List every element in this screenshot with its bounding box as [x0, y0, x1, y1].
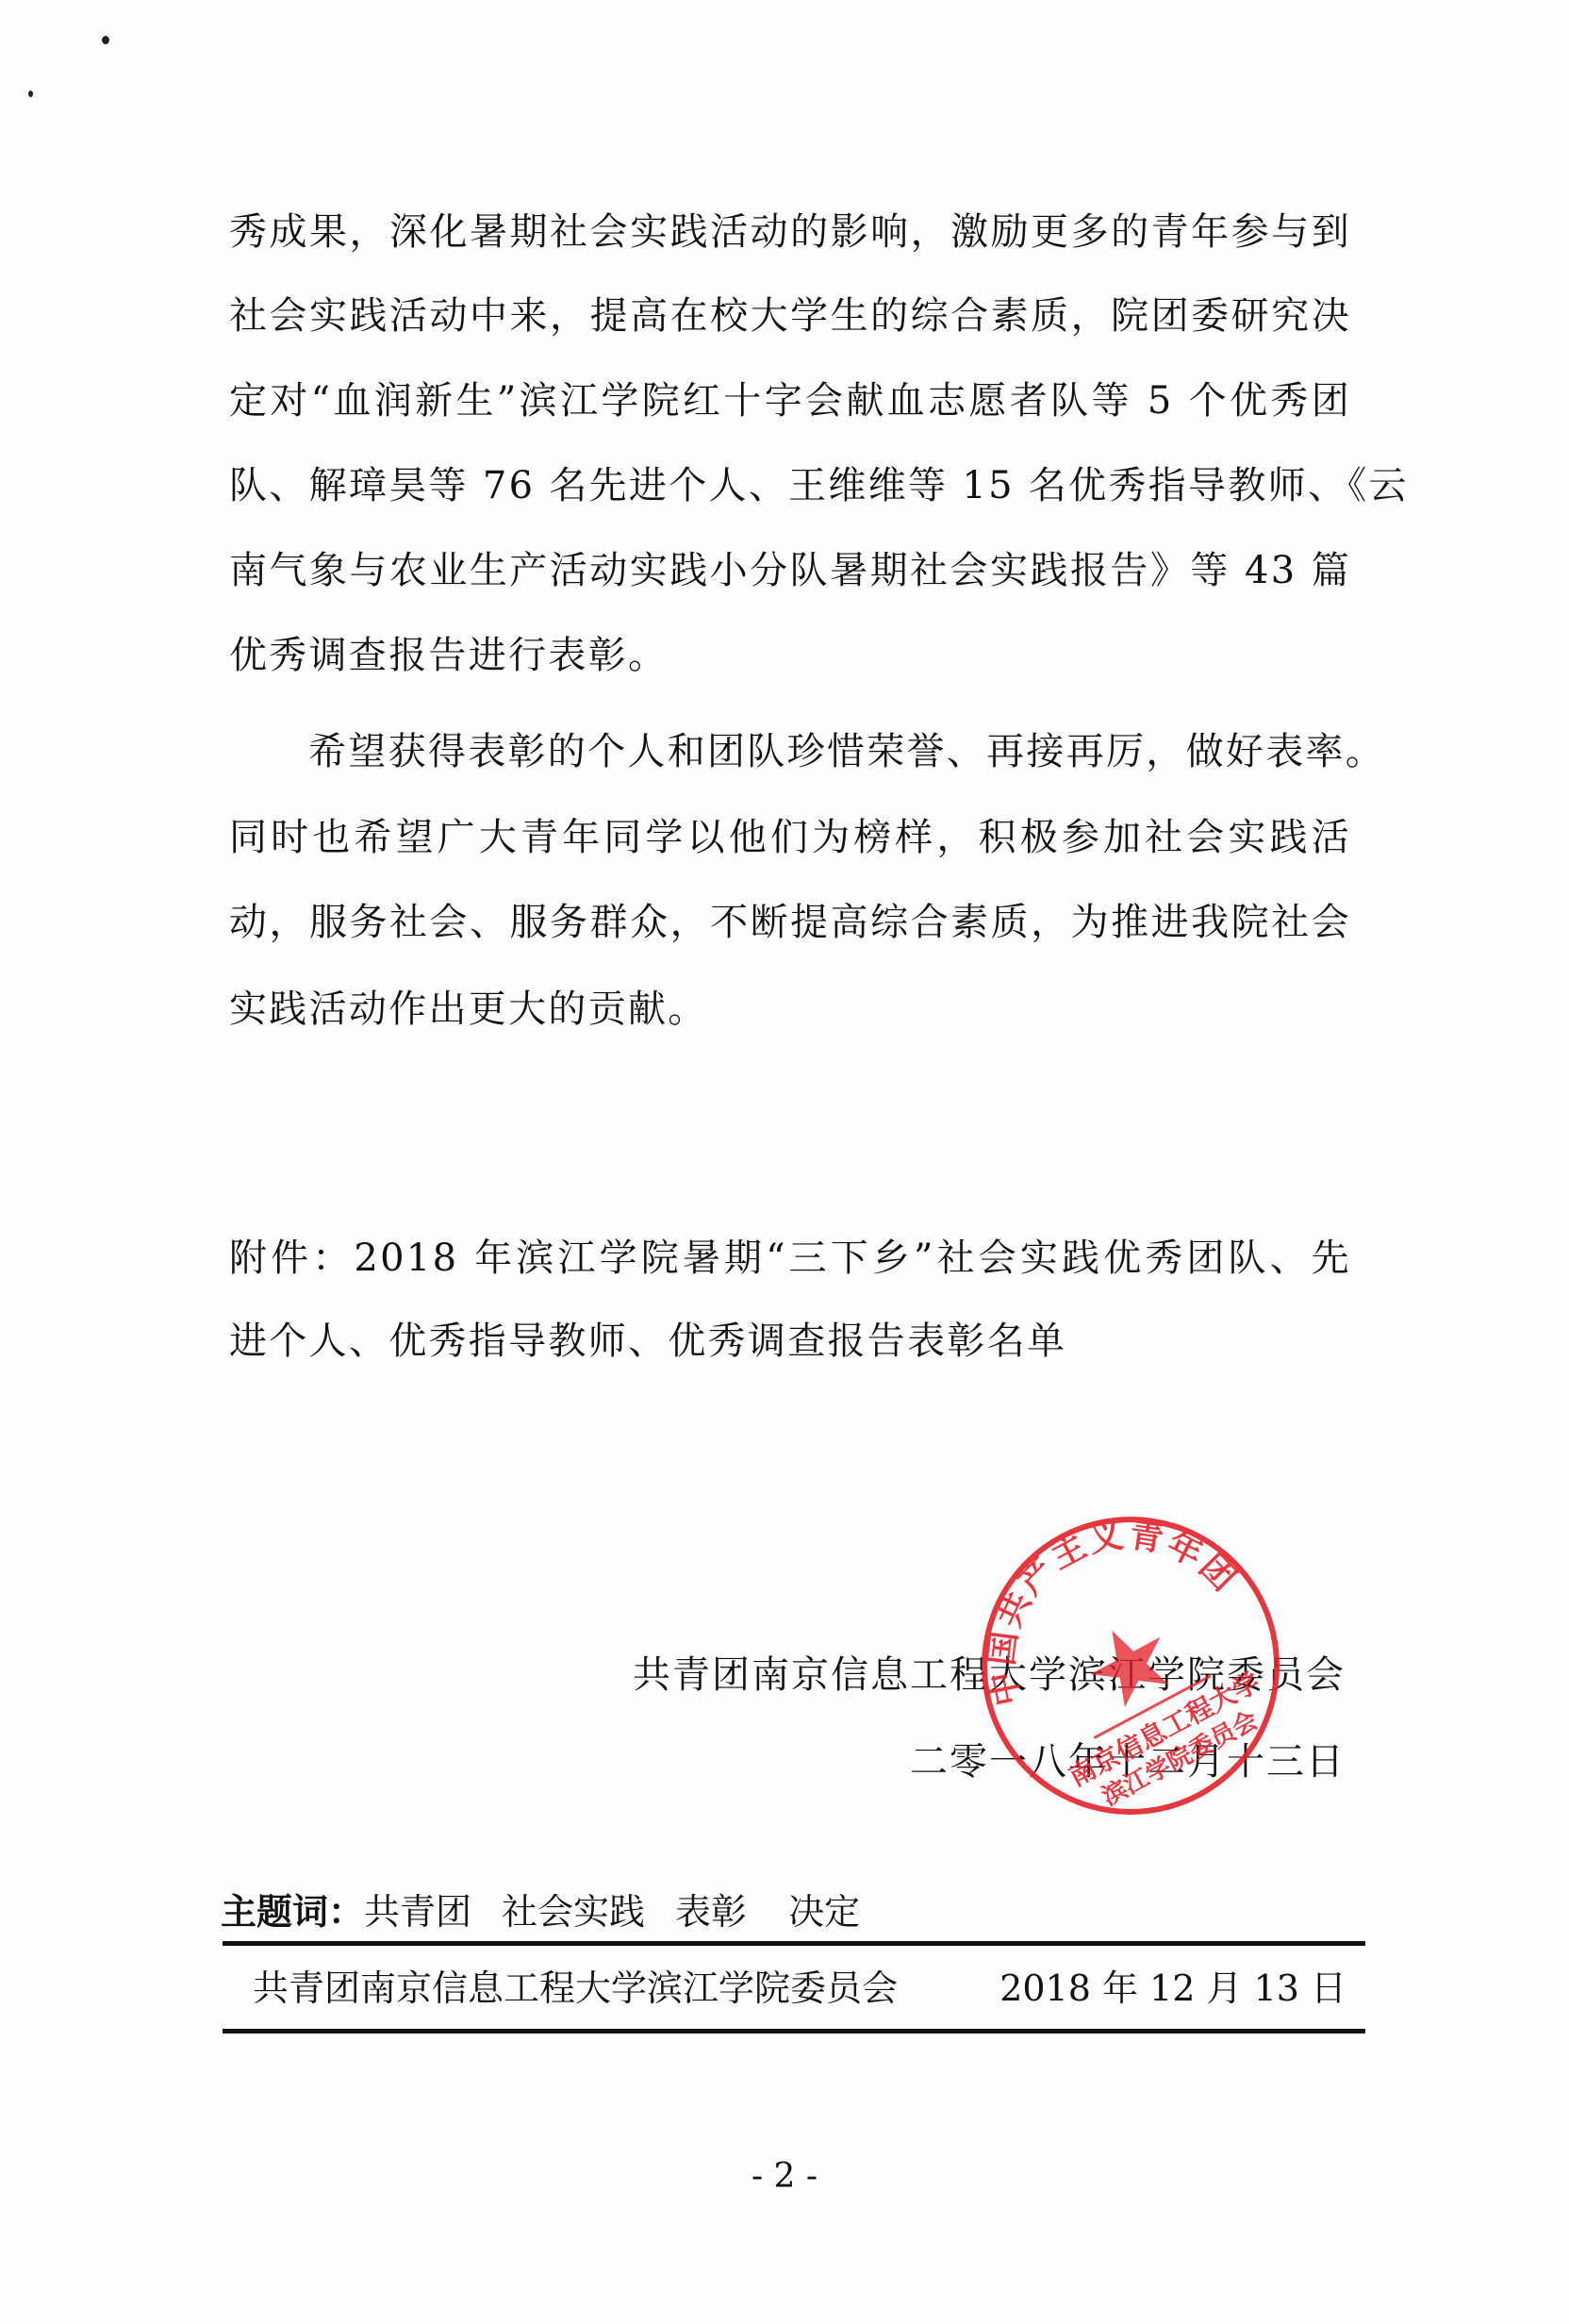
- text-line: 南气象与农业生产活动实践小分队暑期社会实践报告》等 43 篇: [229, 548, 1351, 593]
- divider-rule: [223, 2029, 1365, 2033]
- issuing-footer: 共青团南京信息工程大学滨江学院委员会 2018 年 12 月 13 日: [253, 1966, 1346, 2011]
- keywords-label: 主题词：: [221, 1890, 364, 1933]
- page-number: - 2 -: [0, 2156, 1569, 2198]
- footer-date: 2018 年 12 月 13 日: [999, 1966, 1346, 2011]
- text-line: 队、解璋昊等 76 名先进个人、王维维等 15 名优秀指导教师、《云: [229, 463, 1351, 508]
- text-line: 秀成果，深化暑期社会实践活动的影响，激励更多的青年参与到: [229, 209, 1351, 255]
- signature-date: 二零一八年十二月十三日: [910, 1739, 1346, 1784]
- text-line: 定对“血润新生”滨江学院红十字会献血志愿者队等 5 个优秀团: [229, 378, 1351, 423]
- keyword: 决定: [788, 1891, 860, 1933]
- attachment-line: 进个人、优秀指导教师、优秀调查报告表彰名单: [229, 1319, 1351, 1364]
- keyword: 社会实践: [502, 1891, 645, 1933]
- text-line: 社会实践活动中来，提高在校大学生的综合素质，院团委研究决: [229, 293, 1351, 339]
- signature-organization: 共青团南京信息工程大学滨江学院委员会: [633, 1652, 1346, 1698]
- text-line: 同时也希望广大青年同学以他们为榜样，积极参加社会实践活: [229, 815, 1351, 860]
- attachment-line: 附件：2018 年滨江学院暑期“三下乡”社会实践优秀团队、先: [229, 1236, 1351, 1281]
- text-line: 实践活动作出更大的贡献。: [229, 987, 1351, 1032]
- text-line: 动，服务社会、服务群众，不断提高综合素质，为推进我院社会: [229, 900, 1351, 945]
- subject-keywords: 主题词：共青团社会实践表彰决定: [221, 1889, 890, 1934]
- text-line: 希望获得表彰的个人和团队珍惜荣誉、再接再厉，做好表率。: [308, 729, 1351, 774]
- scan-speck: [28, 91, 33, 97]
- text-line: 优秀调查报告进行表彰。: [229, 633, 1351, 678]
- scan-speck: [102, 36, 109, 44]
- keyword: 表彰: [675, 1891, 747, 1933]
- footer-organization: 共青团南京信息工程大学滨江学院委员会: [253, 1967, 898, 2009]
- divider-rule: [223, 1941, 1365, 1946]
- keyword: 共青团: [364, 1891, 471, 1933]
